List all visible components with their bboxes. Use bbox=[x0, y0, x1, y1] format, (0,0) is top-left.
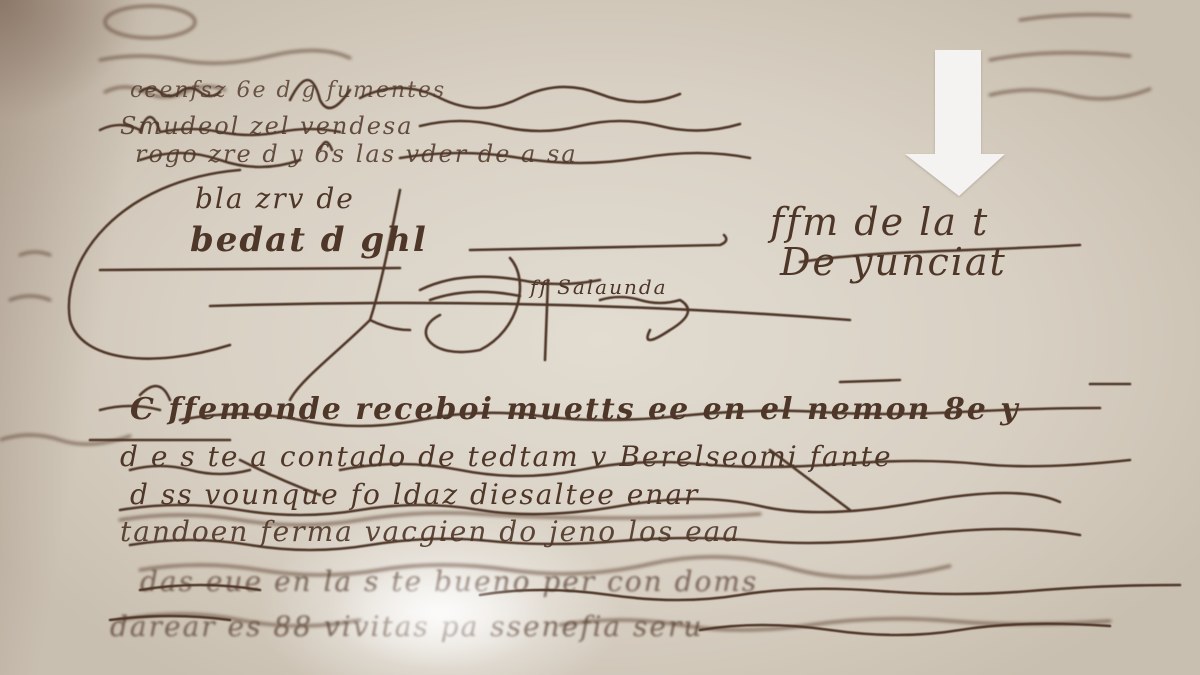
manuscript-line-9: d ss vounque fo ldaz diesaltee enar bbox=[130, 478, 699, 511]
down-arrow-icon bbox=[903, 50, 1007, 198]
signature-right-line-2: De yunciat bbox=[780, 240, 1007, 284]
manuscript-line-7: C ffemonde receboi muetts ee en el nemon… bbox=[130, 392, 1020, 427]
manuscript-line-1: ceenfsz 6e d g fumentes bbox=[130, 78, 446, 103]
manuscript-line-4: bla zrv de bbox=[195, 182, 355, 215]
manuscript-line-2: Smudeol zel vendesa bbox=[120, 112, 414, 140]
manuscript-line-5: bedat d ghl bbox=[190, 220, 428, 260]
signature-right-line-1: ffm de la t bbox=[770, 200, 989, 244]
manuscript-line-10: tandoen ferma vacgien do jeno los eaa bbox=[120, 515, 741, 548]
manuscript-photo: bla zrv de bedat d ghl ff Salaunda ceenf… bbox=[0, 0, 1200, 675]
glare-highlight bbox=[330, 560, 550, 670]
manuscript-line-3: rogo zre d y 6s las vder de a sa bbox=[135, 140, 578, 168]
manuscript-line-8: d e s te a contado de tedtam v Berelseom… bbox=[120, 440, 893, 473]
manuscript-line-6: ff Salaunda bbox=[530, 275, 668, 299]
